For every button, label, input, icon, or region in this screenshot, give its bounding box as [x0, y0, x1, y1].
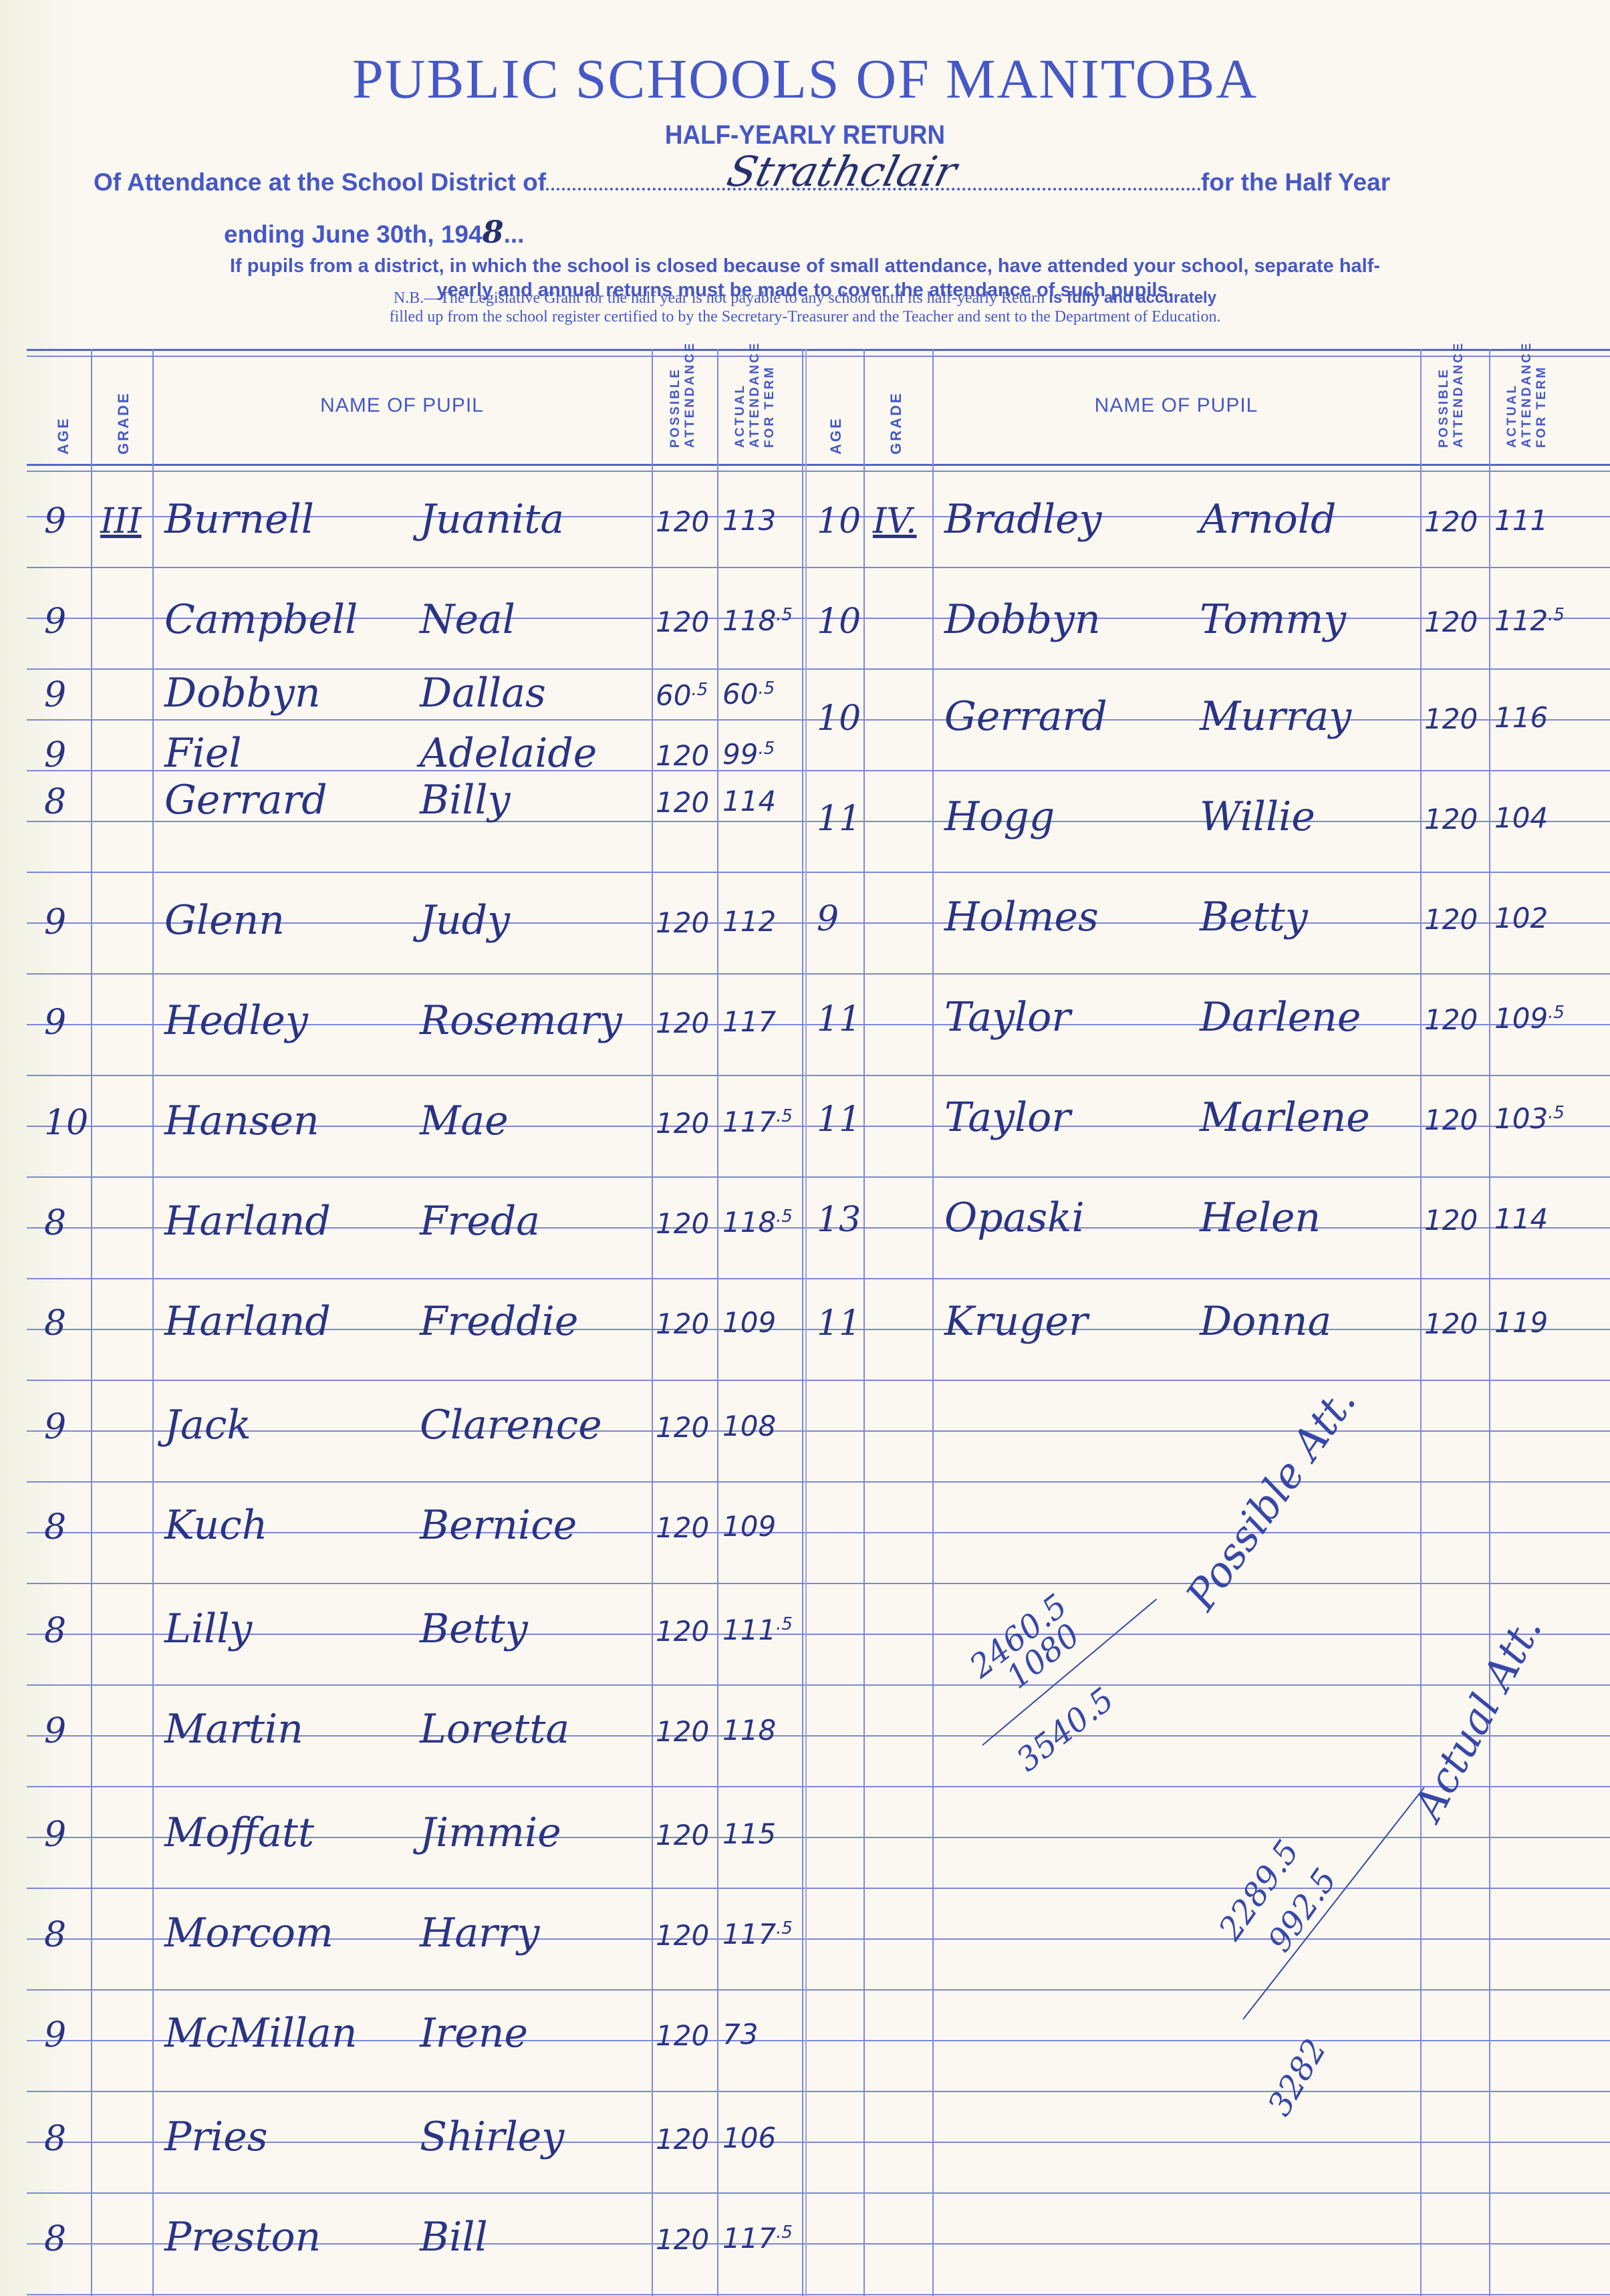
column-divider: [91, 349, 92, 2296]
given-name-cell[interactable]: Jimmie: [420, 1809, 561, 1856]
ruled-line: [27, 356, 1610, 357]
ruled-line: [27, 349, 1610, 351]
actual-attendance-cell[interactable]: 114: [722, 785, 776, 817]
possible-attendance-cell[interactable]: 120: [656, 1919, 709, 1952]
right-grade-header: GRADE: [888, 392, 905, 455]
surname-cell[interactable]: Pries: [164, 2114, 268, 2160]
ruled-line: [27, 1989, 1610, 1991]
actual-attendance-cell[interactable]: 111.5: [722, 1614, 793, 1646]
actual-attendance-cell[interactable]: 108: [722, 1410, 776, 1442]
actual-attendance-cell[interactable]: 102: [1494, 902, 1548, 934]
possible-attendance-cell[interactable]: 120: [656, 1819, 709, 1852]
actual-attendance-cell[interactable]: 73: [722, 2018, 758, 2051]
possible-attendance-cell[interactable]: 120: [656, 1615, 709, 1648]
actual-attendance-cell[interactable]: 109: [722, 1510, 776, 1543]
surname-cell[interactable]: Burnell: [164, 496, 314, 543]
age-cell[interactable]: 10: [817, 501, 861, 541]
right-actual-header: ACTUALATTENDANCEFOR TERM: [1505, 342, 1549, 448]
given-name-cell[interactable]: Donna: [1200, 1298, 1331, 1345]
given-name-cell[interactable]: Marlene: [1200, 1094, 1370, 1141]
ruled-line: [27, 872, 1610, 873]
given-name-cell[interactable]: Neal: [420, 596, 515, 643]
possible-attendance-cell[interactable]: 60.5: [656, 679, 708, 712]
actual-attendance-cell[interactable]: 118: [722, 1714, 776, 1747]
age-cell[interactable]: 9: [44, 902, 66, 942]
given-name-cell[interactable]: Juanita: [420, 496, 564, 543]
surname-cell[interactable]: Gerrard: [944, 693, 1107, 740]
ending-line: ending June 30th, 1948...: [224, 214, 524, 250]
age-cell[interactable]: 8: [44, 2119, 66, 2159]
actual-attendance-cell[interactable]: 60.5: [722, 678, 775, 711]
grade-cell[interactable]: III: [100, 501, 142, 541]
ruled-line: [27, 770, 1610, 771]
possible-attendance-cell[interactable]: 120: [656, 1307, 709, 1340]
ruled-line: [27, 1583, 1610, 1584]
given-name-cell[interactable]: Tommy: [1200, 596, 1346, 643]
possible-attendance-cell[interactable]: 120: [1424, 1204, 1478, 1237]
actual-attendance-cell[interactable]: 112.5: [1494, 604, 1565, 637]
actual-attendance-cell[interactable]: 117.5: [722, 1106, 793, 1138]
given-name-cell[interactable]: Billy: [420, 777, 511, 823]
left-possible-header: POSSIBLEATTENDANCE: [668, 342, 698, 448]
possible-attendance-cell[interactable]: 120: [1424, 1104, 1478, 1136]
possible-attendance-cell[interactable]: 120: [656, 2019, 709, 2052]
column-divider: [802, 349, 803, 2296]
actual-attendance-cell[interactable]: 116: [1494, 701, 1548, 734]
surname-cell[interactable]: Martin: [164, 1706, 303, 1753]
surname-cell[interactable]: Campbell: [164, 596, 358, 643]
surname-cell[interactable]: Jack: [164, 1402, 251, 1448]
grade-cell[interactable]: IV.: [873, 501, 917, 541]
age-cell[interactable]: 8: [44, 1611, 66, 1651]
age-cell[interactable]: 8: [44, 2219, 66, 2259]
possible-attendance-cell[interactable]: 120: [656, 606, 709, 638]
surname-cell[interactable]: Morcom: [164, 1910, 333, 1956]
age-cell[interactable]: 11: [817, 1303, 861, 1344]
possible-attendance-cell[interactable]: 120: [1424, 505, 1478, 538]
ending-prefix: ending June 30th, 194: [224, 221, 483, 248]
nb-notice-line2: filled up from the school register certi…: [0, 307, 1610, 326]
possible-attendance-cell[interactable]: 120: [656, 739, 709, 772]
ruled-line: [27, 464, 1610, 466]
given-name-cell[interactable]: Rosemary: [420, 997, 622, 1044]
left-actual-header: ACTUALATTENDANCEFOR TERM: [733, 342, 777, 448]
surname-cell[interactable]: Fiel: [164, 730, 242, 777]
actual-attendance-cell[interactable]: 112: [722, 905, 776, 938]
right-possible-header: POSSIBLEATTENDANCE: [1437, 342, 1466, 448]
possible-attendance-cell[interactable]: 120: [1424, 803, 1478, 836]
actual-attendance-cell[interactable]: 118.5: [722, 1206, 793, 1239]
possible-attendance-cell[interactable]: 120: [656, 1207, 709, 1240]
column-divider: [717, 349, 718, 2296]
actual-attendance-cell[interactable]: 114: [1494, 1202, 1548, 1235]
age-cell[interactable]: 9: [44, 2015, 66, 2055]
age-cell[interactable]: 9: [44, 602, 66, 642]
age-cell[interactable]: 10: [817, 698, 861, 739]
surname-cell[interactable]: Opaski: [944, 1194, 1085, 1241]
surname-cell[interactable]: Bradley: [944, 496, 1102, 543]
given-name-cell[interactable]: Harry: [420, 1910, 539, 1956]
age-cell[interactable]: 8: [44, 1203, 66, 1243]
actual-attendance-cell[interactable]: 99.5: [722, 738, 775, 771]
nb-notice-line1: N.B.—The Legislative Grant for the half …: [0, 289, 1610, 307]
age-cell[interactable]: 8: [44, 1915, 66, 1955]
given-name-cell[interactable]: Irene: [420, 2010, 528, 2057]
surname-cell[interactable]: Hansen: [164, 1098, 319, 1144]
age-cell[interactable]: 9: [44, 1003, 66, 1043]
form-subtitle: HALF-YEARLY RETURN: [64, 120, 1545, 150]
ending-suffix: ...: [504, 221, 525, 248]
possible-attendance-cell[interactable]: 120: [656, 2223, 709, 2256]
given-name-cell[interactable]: Bill: [420, 2214, 488, 2261]
actual-attendance-cell[interactable]: 117.5: [722, 1918, 793, 1950]
possible-total: 3540.5: [1010, 1680, 1121, 1779]
ruled-line: [27, 1481, 1610, 1483]
given-name-cell[interactable]: Shirley: [420, 2114, 564, 2160]
given-name-cell[interactable]: Bernice: [420, 1502, 577, 1549]
left-age-header: AGE: [55, 416, 72, 455]
actual-attendance-cell[interactable]: 103.5: [1494, 1102, 1565, 1135]
given-name-cell[interactable]: Willie: [1200, 793, 1315, 840]
possible-attendance-cell[interactable]: 120: [656, 1715, 709, 1748]
given-name-cell[interactable]: Dallas: [420, 670, 546, 717]
ruled-line: [27, 1888, 1610, 1889]
age-cell[interactable]: 8: [44, 1507, 66, 1547]
ruled-line: [27, 1380, 1610, 1381]
possible-attendance-cell[interactable]: 120: [656, 2123, 709, 2156]
age-cell[interactable]: 9: [44, 501, 66, 541]
given-name-cell[interactable]: Darlene: [1200, 994, 1361, 1041]
actual-attendance-cell[interactable]: 115: [722, 1817, 776, 1850]
age-cell[interactable]: 9: [44, 1407, 66, 1447]
right-age-header: AGE: [827, 416, 845, 455]
left-name-header: NAME OF PUPIL: [152, 394, 652, 417]
given-name-cell[interactable]: Betty: [1200, 894, 1308, 940]
given-name-cell[interactable]: Arnold: [1200, 496, 1336, 543]
possible-attendance-cell[interactable]: 120: [656, 1511, 709, 1544]
possible-attendance-cell[interactable]: 120: [1424, 606, 1478, 638]
given-name-cell[interactable]: Clarence: [420, 1402, 602, 1448]
actual-attendance-cell[interactable]: 109.5: [1494, 1002, 1565, 1035]
given-name-cell[interactable]: Mae: [420, 1098, 509, 1144]
surname-cell[interactable]: Dobbyn: [164, 670, 321, 717]
attendance-suffix: for the Half Year: [1201, 168, 1390, 196]
surname-cell[interactable]: Taylor: [944, 994, 1071, 1041]
surname-cell[interactable]: Holmes: [944, 894, 1099, 940]
surname-cell[interactable]: Moffatt: [164, 1809, 314, 1856]
ruled-line: [27, 1176, 1610, 1178]
ruled-line: [27, 1634, 1610, 1635]
surname-cell[interactable]: Kuch: [164, 1502, 267, 1549]
actual-attendance-cell[interactable]: 104: [1494, 801, 1548, 834]
ruled-line: [27, 1684, 1610, 1686]
given-name-cell[interactable]: Freddie: [420, 1298, 578, 1345]
ruled-line: [27, 1075, 1610, 1076]
actual-attendance-cell[interactable]: 118.5: [722, 604, 793, 637]
column-divider: [1489, 349, 1490, 2296]
district-notice-line1: If pupils from a district, in which the …: [0, 254, 1610, 278]
age-cell[interactable]: 10: [817, 602, 861, 642]
given-name-cell[interactable]: Freda: [420, 1198, 540, 1245]
surname-cell[interactable]: Preston: [164, 2214, 321, 2261]
age-cell[interactable]: 9: [44, 1711, 66, 1751]
age-cell[interactable]: 13: [817, 1200, 861, 1240]
surname-cell[interactable]: McMillan: [164, 2010, 357, 2057]
ruled-line: [27, 2091, 1610, 2092]
actual-attendance-cell[interactable]: 109: [722, 1306, 776, 1339]
school-district-field[interactable]: Strathclair: [722, 147, 962, 196]
surname-cell[interactable]: Hogg: [944, 793, 1055, 840]
age-cell[interactable]: 9: [44, 675, 66, 715]
given-name-cell[interactable]: Judy: [420, 897, 510, 944]
ruled-line: [27, 973, 1610, 975]
ruled-line: [27, 1430, 1610, 1432]
ruled-line: [27, 2192, 1610, 2194]
column-divider: [652, 349, 653, 2296]
right-name-header: NAME OF PUPIL: [932, 394, 1420, 417]
year-field[interactable]: 8: [483, 214, 504, 250]
form-title: PUBLIC SCHOOLS OF MANITOBA: [0, 47, 1610, 112]
given-name-cell[interactable]: Murray: [1200, 693, 1351, 740]
possible-attendance-cell[interactable]: 120: [1424, 903, 1478, 936]
actual-attendance-cell[interactable]: 117.5: [722, 2222, 793, 2255]
surname-cell[interactable]: Dobbyn: [944, 596, 1101, 643]
age-cell[interactable]: 11: [817, 999, 861, 1039]
ruled-line: [27, 1278, 1610, 1279]
surname-cell[interactable]: Gerrard: [164, 777, 327, 823]
ruled-line: [27, 1786, 1610, 1787]
possible-attendance-cell[interactable]: 120: [656, 1411, 709, 1444]
age-cell[interactable]: 8: [44, 782, 66, 822]
surname-cell[interactable]: Harland: [164, 1198, 331, 1245]
age-cell[interactable]: 9: [44, 1815, 66, 1855]
column-divider: [1420, 349, 1422, 2296]
given-name-cell[interactable]: Helen: [1200, 1194, 1321, 1241]
age-cell[interactable]: 9: [817, 899, 839, 939]
actual-attendance-cell[interactable]: 119: [1494, 1306, 1548, 1339]
age-cell[interactable]: 11: [817, 799, 861, 839]
surname-cell[interactable]: Harland: [164, 1298, 331, 1345]
actual-attendance-cell[interactable]: 113: [722, 504, 776, 537]
actual-attendance-cell[interactable]: 117: [722, 1005, 776, 1038]
actual-attendance-cell[interactable]: 111: [1494, 504, 1548, 537]
possible-attendance-cell[interactable]: 120: [656, 1007, 709, 1039]
age-cell[interactable]: 11: [817, 1100, 861, 1140]
column-divider: [152, 349, 154, 2296]
age-cell[interactable]: 9: [44, 735, 66, 775]
possible-attendance-cell[interactable]: 120: [656, 1107, 709, 1140]
surname-cell[interactable]: Kruger: [944, 1298, 1088, 1345]
surname-cell[interactable]: Hedley: [164, 997, 308, 1044]
age-cell[interactable]: 8: [44, 1303, 66, 1344]
possible-attendance-cell[interactable]: 120: [656, 786, 709, 819]
surname-cell[interactable]: Taylor: [944, 1094, 1071, 1141]
column-divider: [932, 349, 934, 2296]
possible-attendance-cell[interactable]: 120: [1424, 1003, 1478, 1036]
possible-attendance-cell[interactable]: 120: [656, 906, 709, 939]
possible-attendance-cell[interactable]: 120: [656, 505, 709, 538]
ruled-line: [27, 567, 1610, 568]
ruled-line: [27, 2294, 1610, 2295]
surname-cell[interactable]: Lilly: [164, 1606, 252, 1652]
age-cell[interactable]: 10: [44, 1103, 88, 1143]
surname-cell[interactable]: Glenn: [164, 897, 285, 944]
actual-attendance-cell[interactable]: 106: [722, 2122, 776, 2154]
attendance-prefix: Of Attendance at the School District of: [94, 168, 546, 196]
nb-notice: N.B.—The Legislative Grant for the half …: [0, 289, 1610, 326]
given-name-cell[interactable]: Loretta: [420, 1706, 569, 1753]
possible-attendance-cell[interactable]: 120: [1424, 703, 1478, 735]
left-grade-header: GRADE: [115, 392, 132, 455]
given-name-cell[interactable]: Adelaide: [420, 730, 597, 777]
actual-total: 3282: [1260, 2033, 1334, 2122]
given-name-cell[interactable]: Betty: [420, 1606, 528, 1652]
possible-attendance-cell[interactable]: 120: [1424, 1307, 1478, 1340]
ruled-line: [27, 471, 1610, 472]
actual-label: Actual Att.: [1403, 1608, 1551, 1827]
column-divider: [863, 349, 865, 2296]
